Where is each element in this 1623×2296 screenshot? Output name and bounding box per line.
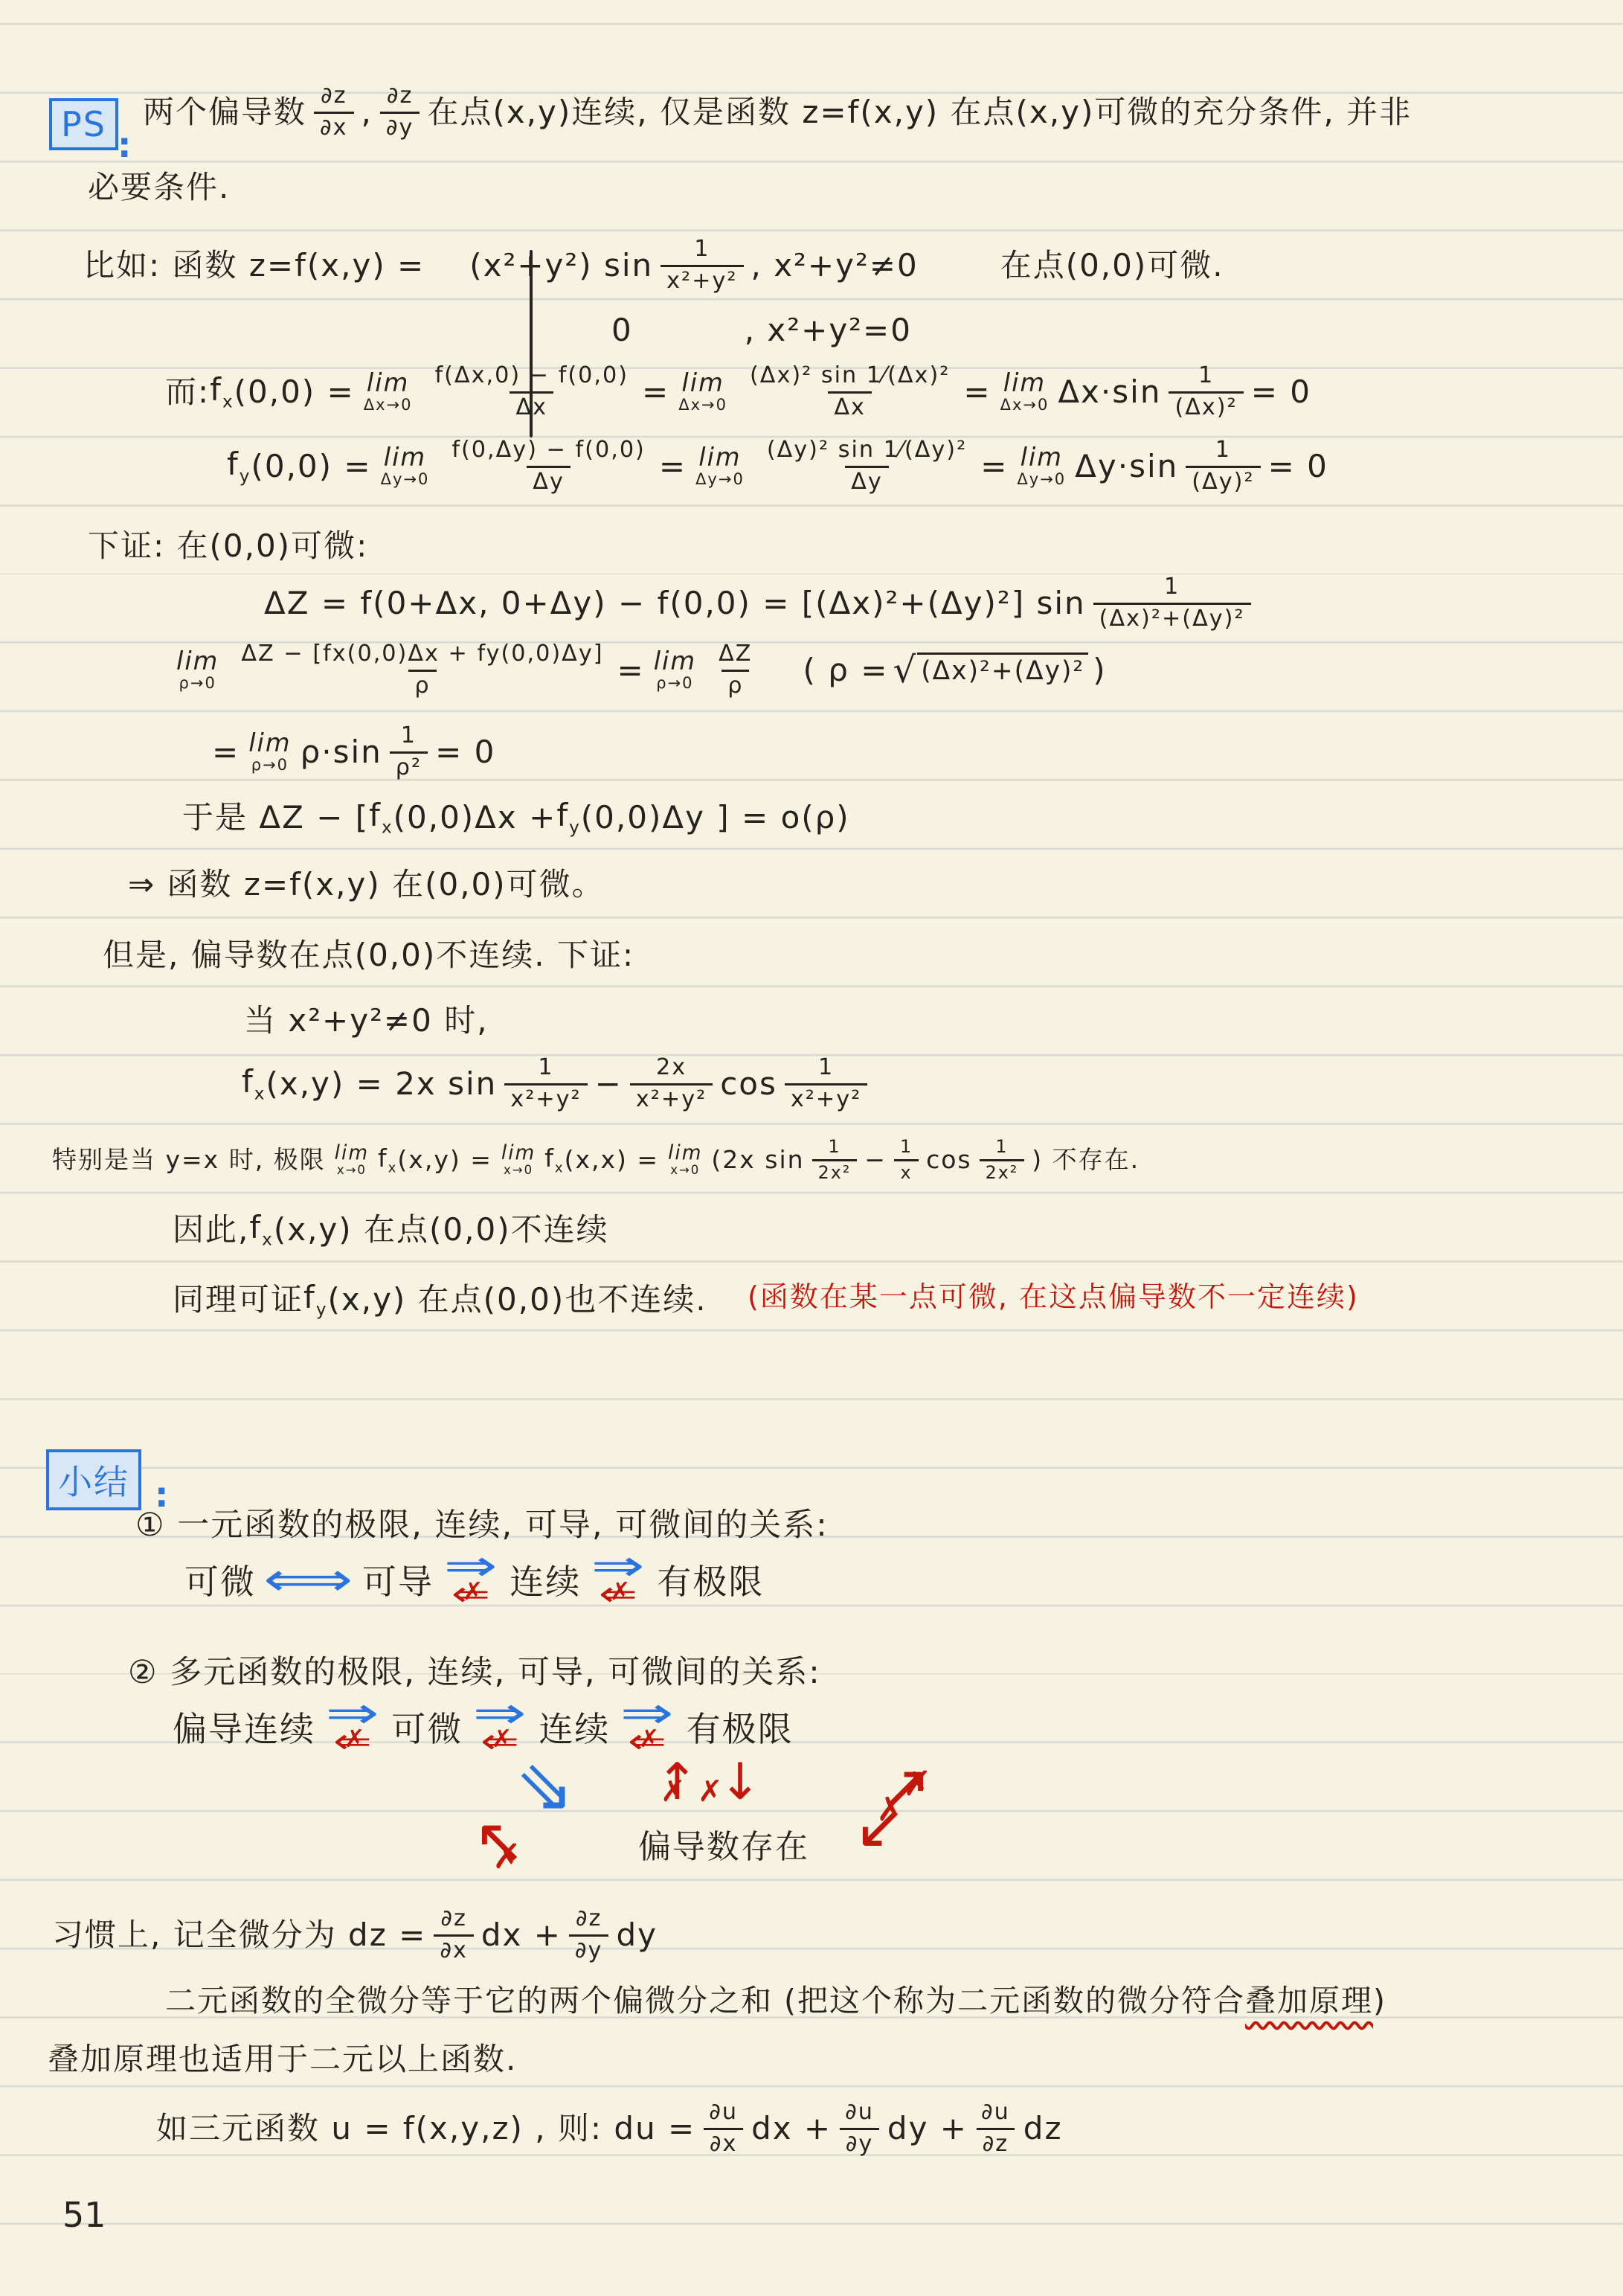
formula-segment: ) xyxy=(1093,652,1106,688)
formula-segment: − xyxy=(864,1146,887,1174)
formula-segment: 当 x²+y²≠0 时, xyxy=(244,1003,489,1039)
formula-segment: (函数在某一点可微, 在这点偏导数不一定连续) xyxy=(748,1281,1359,1314)
note-line-conclusion-differentiable: ⇒ 函数 z=f(x,y) 在(0,0)可微。 xyxy=(128,867,605,902)
formula-segment: ) 不存在. xyxy=(1032,1146,1140,1174)
formula-segment: 1(Δx)²+(Δy)² xyxy=(1093,574,1251,632)
formula-segment: 于是 ΔZ − [ xyxy=(182,800,369,836)
formula-segment: (x,y) = xyxy=(397,1146,492,1174)
formula-fx-at-origin: 而: fx(0,0) =limΔx→0f(Δx,0) − f(0,0)Δx=li… xyxy=(165,363,1311,421)
formula-segment: limΔy→0 xyxy=(381,445,430,487)
implies-not-implied-arrow-pair: ⇒ ⇐✗ xyxy=(600,1549,637,1611)
formula-segment: 叠加原理也适用于二元以上函数. xyxy=(48,2042,517,2077)
formula-segment: = 0 xyxy=(435,734,495,770)
diagram2-label-partials-continuous: 偏导连续 xyxy=(173,1702,315,1751)
implies-not-implied-arrow-pair: ⇒ ⇐✗ xyxy=(335,1696,372,1758)
formula-piecewise-zero-case: 0, x²+y²=0 xyxy=(611,312,912,348)
formula-piecewise-definition: 比如: 函数 z=f(x,y) =(x²+y²) sin1x²+y² , x²+… xyxy=(83,237,1224,295)
formula-segment: , x²+y²=0 xyxy=(745,312,912,348)
formula-segment: (x,x) = xyxy=(565,1146,659,1174)
cross-icon: ✗ xyxy=(639,1729,661,1749)
formula-segment: = xyxy=(659,449,687,484)
formula-segment: 如三元函数 u = f(x,y,z) , 则: du = xyxy=(156,2111,695,2146)
ps-colon: : xyxy=(118,125,131,165)
formula-segment: limΔx→0 xyxy=(364,371,413,413)
formula-segment: dy xyxy=(616,1917,658,1953)
formula-segment: ∂z∂x xyxy=(314,83,354,141)
formula-segment: dx + xyxy=(751,2111,832,2146)
formula-limit-quotient: limρ→0ΔZ − [fx(0,0)Δx + fy(0,0)Δy]ρ=limρ… xyxy=(167,641,1107,699)
note-line-multi-variable-relations: ② 多元函数的极限, 连续, 可导, 可微间的关系: xyxy=(128,1655,821,1691)
formula-segment: (0,0)Δy ] = o(ρ) xyxy=(581,800,850,836)
formula-segment: fx xyxy=(378,1144,397,1176)
formula-segment: limΔx→0 xyxy=(678,371,727,413)
cross-icon: ✗ xyxy=(903,1766,932,1800)
ps-label: PS xyxy=(61,104,106,144)
formula-o-rho: 于是 ΔZ − [ fx(0,0)Δx + fy(0,0)Δy ] = o(ρ) xyxy=(182,798,850,838)
formula-segment: 习惯上, 记全微分为 dz = xyxy=(52,1917,426,1953)
formula-segment: limρ→0 xyxy=(176,649,219,691)
formula-segment: cos xyxy=(720,1066,777,1102)
formula-three-variable-differential: 如三元函数 u = f(x,y,z) , 则: du =∂u∂xdx +∂u∂y… xyxy=(156,2100,1063,2158)
formula-segment: 因此, xyxy=(173,1212,249,1248)
formula-segment: ∂z∂y xyxy=(380,83,420,141)
formula-segment: fy xyxy=(227,446,251,487)
formula-segment: = xyxy=(963,374,991,410)
formula-segment: (Δx)² sin 1⁄(Δx)²Δx xyxy=(744,363,956,421)
implies-not-implied-arrow-pair: ⇒ ⇐✗ xyxy=(482,1696,519,1758)
formula-segment: fy xyxy=(556,798,580,838)
formula-segment: 比如: 函数 z=f(x,y) = xyxy=(83,248,425,283)
formula-segment: ∂u∂z xyxy=(975,2100,1016,2158)
formula-segment: fy xyxy=(303,1280,327,1320)
formula-segment: 在点(0,0)可微. xyxy=(1000,248,1224,283)
formula-segment: 2xx²+y² xyxy=(630,1055,713,1113)
formula-segment: ② 多元函数的极限, 连续, 可导, 可微间的关系: xyxy=(128,1655,821,1691)
note-line-one-variable-relations: ① 一元函数的极限, 连续, 可导, 可微间的关系: xyxy=(135,1507,829,1544)
formula-segment: 必要条件. xyxy=(88,170,230,205)
ps-tag-box: PS xyxy=(49,98,118,150)
diagram1-label-has-limit: 有极限 xyxy=(657,1555,764,1604)
formula-segment: limρ→0 xyxy=(248,731,291,773)
summary-tag-box: 小结 xyxy=(46,1449,141,1510)
note-line-fy-not-continuous: 同理可证 fy(x,y) 在点(0,0)也不连续. xyxy=(173,1280,707,1320)
formula-segment: = xyxy=(617,652,645,688)
cross-icon: ✗ xyxy=(610,1582,632,1602)
implies-not-implied-arrow-pair: ⇒ ⇐✗ xyxy=(629,1696,666,1758)
formula-segment: limx→0 xyxy=(668,1144,702,1177)
page-number: 51 xyxy=(62,2195,106,2235)
diagram1-label-continuous: 连续 xyxy=(510,1555,581,1604)
cross-icon: ✗ xyxy=(463,1582,485,1602)
formula-segment: dx + xyxy=(481,1917,562,1953)
formula-segment: limΔy→0 xyxy=(695,445,745,487)
summary-label: 小结 xyxy=(58,1462,129,1502)
formula-segment: limx→0 xyxy=(501,1144,536,1177)
formula-delta-z: ΔZ = f(0+Δx, 0+Δy) − f(0,0) = [(Δx)²+(Δy… xyxy=(264,574,1259,632)
formula-segment: 1ρ² xyxy=(390,723,428,781)
formula-segment: ∂u∂x xyxy=(703,2100,744,2158)
formula-segment: 1x²+y² xyxy=(504,1055,587,1113)
formula-segment: 下证: 在(0,0)可微: xyxy=(88,528,368,564)
diagram2-label-partials-exist: 偏导数存在 xyxy=(638,1829,809,1867)
formula-segment: f(Δx,0) − f(0,0)Δx xyxy=(428,363,634,421)
formula-segment: limΔx→0 xyxy=(1000,371,1050,413)
formula-segment: (Δy)² sin 1⁄(Δy)²Δy xyxy=(761,437,973,496)
not-implied-arrow-icon: ⇐✗ xyxy=(451,1580,492,1608)
formula-segment: 同理可证 xyxy=(173,1282,303,1318)
partials-exist-text: 偏导数存在 xyxy=(638,1829,809,1867)
red-annotation-differentiable-not-continuous: (函数在某一点可微, 在这点偏导数不一定连续) xyxy=(748,1281,1359,1314)
formula-segment: fx xyxy=(242,1064,266,1104)
formula-segment: = xyxy=(642,374,669,410)
formula-segment: (x,y) 在点(0,0)不连续 xyxy=(274,1212,609,1248)
formula-segment: (0,0)Δx + xyxy=(393,800,557,836)
iff-arrow-icon: ⟺ xyxy=(263,1556,355,1603)
cross-icon: ✗ xyxy=(661,1777,686,1806)
formula-segment: (x²+y²) sin xyxy=(469,248,653,283)
formula-segment: = 0 xyxy=(1268,449,1328,484)
not-implied-arrow-icon: ⇐✗ xyxy=(599,1580,640,1608)
note-line-prove-differentiable: 下证: 在(0,0)可微: xyxy=(88,528,368,564)
formula-segment: Δx·sin xyxy=(1058,374,1161,410)
note-line-superposition-applies: 叠加原理也适用于二元以上函数. xyxy=(48,2042,517,2077)
formula-segment: ∂z∂y xyxy=(569,1906,609,1964)
diagram2-label-differentiable: 可微 xyxy=(391,1702,463,1751)
formula-segment: = 0 xyxy=(1251,374,1311,410)
formula-segment: limx→0 xyxy=(335,1144,369,1177)
formula-segment: ∂u∂y xyxy=(839,2100,880,2158)
not-implies-vertical-arrows: ↑ ↓ ✗ ✗ xyxy=(656,1757,762,1808)
formula-segment: (0,0) = xyxy=(234,374,355,410)
implies-not-implied-arrow-pair: ⇒ ⇐✗ xyxy=(453,1549,490,1611)
formula-segment: 1(Δx)² xyxy=(1169,363,1243,421)
formula-segment: Δy·sin xyxy=(1075,449,1178,484)
diagram-multi-variable-relations: 偏导连续 ⇒ ⇐✗ 可微 ⇒ ⇐✗ 连续 ⇒ ⇐✗ 有极限 xyxy=(173,1696,794,1758)
note-line-fx-not-continuous: 因此, fx(x,y) 在点(0,0)不连续 xyxy=(173,1210,609,1250)
formula-segment: 0 xyxy=(611,312,633,348)
cross-icon: ✗ xyxy=(492,1839,521,1873)
formula-segment: ) xyxy=(1373,1984,1386,2018)
formula-segment: 1x xyxy=(894,1137,919,1184)
formula-segment: ∂z∂x xyxy=(434,1906,474,1964)
formula-segment: (x,y) 在点(0,0)也不连续. xyxy=(327,1282,707,1318)
formula-total-differential: 习惯上, 记全微分为 dz =∂z∂xdx +∂z∂ydy xyxy=(52,1906,658,1964)
formula-segment: fx xyxy=(249,1210,273,1250)
note-line-when-nonzero: 当 x²+y²≠0 时, xyxy=(244,1003,489,1039)
formula-segment: limρ→0 xyxy=(654,649,696,691)
formula-segment: 在点(x,y)连续, 仅是函数 z=f(x,y) 在点(x,y)可微的充分条件,… xyxy=(427,94,1412,130)
formula-segment: 1x²+y² xyxy=(785,1055,867,1113)
formula-segment: ⇒ 函数 z=f(x,y) 在(0,0)可微。 xyxy=(128,867,605,902)
cross-icon: ✗ xyxy=(344,1729,367,1749)
formula-segment: 两个偏导数 xyxy=(143,94,306,130)
formula-segment: 而: xyxy=(165,374,210,410)
note-line-superposition-principle: 二元函数的全微分等于它的两个偏微分之和 (把这个称为二元函数的微分符合叠加原理) xyxy=(165,1984,1386,2018)
formula-segment: = xyxy=(212,734,240,770)
diagram1-label-derivable: 可导 xyxy=(362,1555,434,1604)
formula-segment: 特别是当 y=x 时, 极限 xyxy=(52,1146,326,1174)
formula-segment: (x,y) = 2x sin xyxy=(266,1066,497,1102)
formula-segment: fx xyxy=(210,372,234,412)
note-line-ps-statement: 两个偏导数 ∂z∂x , ∂z∂y 在点(x,y)连续, 仅是函数 z=f(x,… xyxy=(143,83,1412,141)
formula-segment: , xyxy=(361,94,373,130)
cross-icon: ✗ xyxy=(492,1729,514,1749)
formula-segment: fx xyxy=(369,798,393,838)
diagram-one-variable-relations: 可微 ⟺ 可导 ⇒ ⇐✗ 连续 ⇒ ⇐✗ 有极限 xyxy=(184,1549,764,1611)
formula-segment: ( ρ = xyxy=(803,652,889,688)
not-implied-arrow-icon: ⇐✗ xyxy=(333,1728,374,1755)
down-arrow-icon: ↓ xyxy=(719,1753,762,1812)
note-line-necessary-condition: 必要条件. xyxy=(88,170,230,205)
cross-icon: ✗ xyxy=(876,1792,905,1826)
not-implies-nw-arrow: ↖ ✗ xyxy=(473,1809,525,1872)
formula-segment: 12x² xyxy=(980,1137,1025,1184)
formula-segment: ① 一元函数的极限, 连续, 可导, 可微间的关系: xyxy=(135,1507,829,1544)
formula-segment: ΔZ = f(0+Δx, 0+Δy) − f(0,0) = [(Δx)²+(Δy… xyxy=(264,586,1086,621)
not-implied-arrow-icon: ⇐✗ xyxy=(628,1728,669,1755)
formula-limit-rho: =limρ→0ρ·sin1ρ²= 0 xyxy=(212,723,495,781)
formula-segment: 12x² xyxy=(812,1137,858,1184)
formula-segment: 叠加原理 xyxy=(1245,1984,1373,2018)
formula-segment: ΔZρ xyxy=(713,641,758,699)
formula-segment: , x²+y²≠0 xyxy=(751,248,919,283)
diagram2-label-has-limit: 有极限 xyxy=(687,1702,794,1751)
diagram1-label-differentiable: 可微 xyxy=(184,1555,256,1604)
formula-segment: √(Δx)²+(Δy)² xyxy=(893,652,1088,688)
cross-icon: ✗ xyxy=(698,1777,723,1806)
formula-fy-at-origin: fy(0,0) =limΔy→0f(0,Δy) − f(0,0)Δy=limΔy… xyxy=(227,437,1328,496)
formula-segment: 1x²+y² xyxy=(661,237,743,295)
formula-segment: cos xyxy=(926,1146,972,1174)
formula-segment: f(0,Δy) − f(0,0)Δy xyxy=(446,437,652,496)
formula-segment: dy + xyxy=(887,2111,968,2146)
formula-segment: − xyxy=(595,1066,623,1102)
formula-segment: fx xyxy=(544,1144,564,1176)
formula-segment: 但是, 偏导数在点(0,0)不连续. 下证: xyxy=(103,937,634,973)
formula-segment: ΔZ − [fx(0,0)Δx + fy(0,0)Δy]ρ xyxy=(235,641,609,699)
formula-segment: 二元函数的全微分等于它的两个偏微分之和 (把这个称为二元函数的微分符合 xyxy=(165,1984,1245,2018)
formula-segment: = xyxy=(980,449,1008,484)
formula-segment: ρ·sin xyxy=(301,734,382,770)
formula-segment: dz xyxy=(1023,2111,1063,2146)
formula-segment: (2x sin xyxy=(711,1146,804,1174)
formula-limit-does-not-exist: 特别是当 y=x 时, 极限limx→0fx(x,y) =limx→0fx(x,… xyxy=(52,1137,1140,1184)
note-line-but-not-continuous: 但是, 偏导数在点(0,0)不连续. 下证: xyxy=(103,937,634,973)
formula-segment: (0,0) = xyxy=(251,449,371,484)
formula-segment: limΔy→0 xyxy=(1017,445,1066,487)
formula-fx-general: fx(x,y) = 2x sin1x²+y² − 2xx²+y²cos1x²+y… xyxy=(242,1055,875,1113)
formula-segment: 1(Δy)² xyxy=(1186,437,1260,496)
